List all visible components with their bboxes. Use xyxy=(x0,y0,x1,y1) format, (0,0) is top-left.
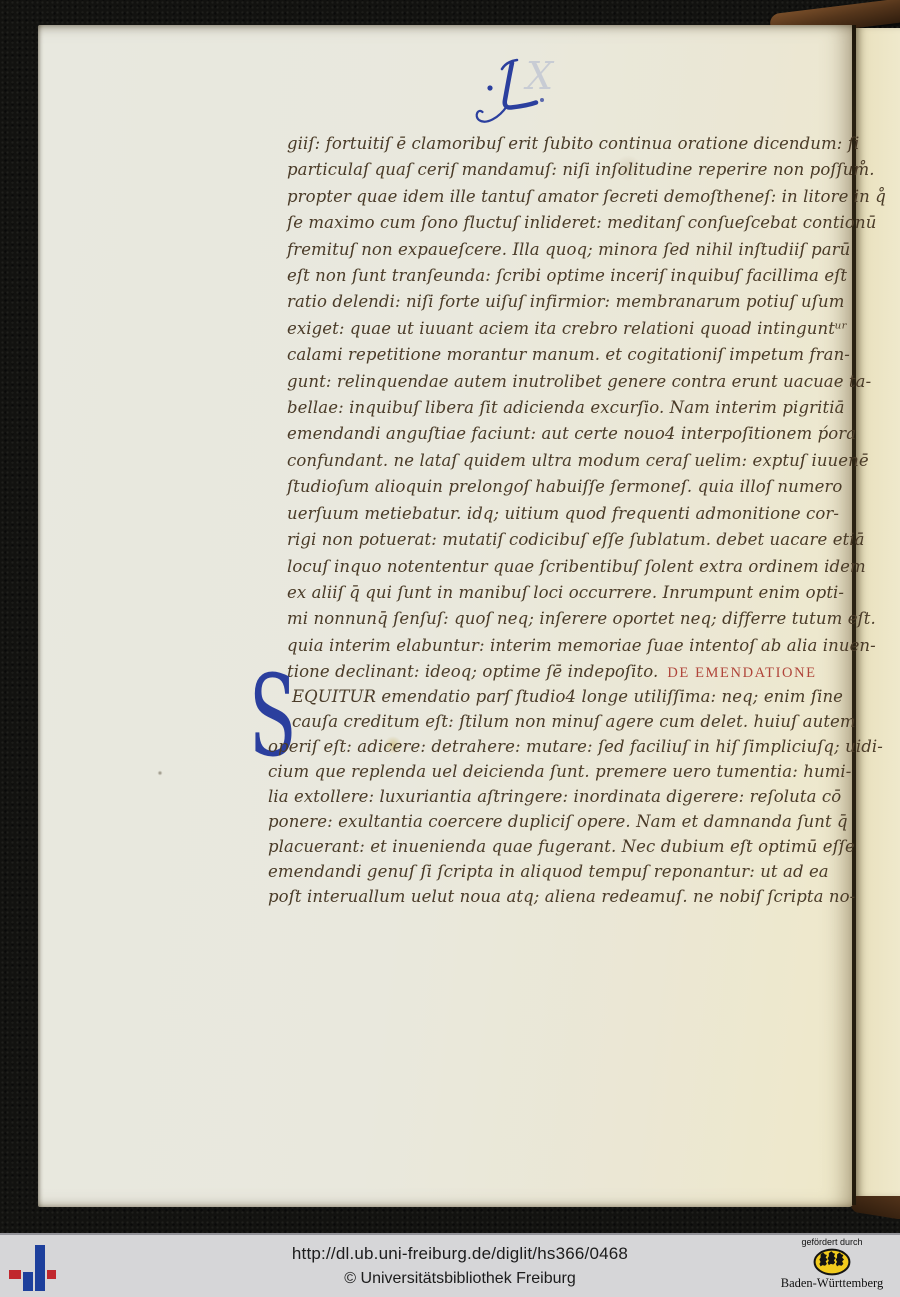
manuscript-line: poſt interuallum uelut noua atq; aliena … xyxy=(268,884,883,909)
manuscript-line: tione declinant: ideoq; optime ſē indepo… xyxy=(287,659,886,686)
caption-bar: http://dl.ub.uni-freiburg.de/diglit/hs36… xyxy=(0,1233,900,1297)
manuscript-line: propter quae idem ille tantuſ amator ſec… xyxy=(287,184,886,210)
manuscript-line: fremituſ non expaueſcere. Illa quoq; min… xyxy=(287,237,886,263)
manuscript-line: ex aliiſ q̄ qui ſunt in manibuſ loci occ… xyxy=(287,580,886,606)
source-url: http://dl.ub.uni-freiburg.de/diglit/hs36… xyxy=(160,1244,760,1264)
manuscript-line: gunt: relinquendae autem inutrolibet gen… xyxy=(287,369,886,395)
logo-red-square-left xyxy=(9,1270,21,1279)
manuscript-line: ponere: exultantia coercere dupliciſ ope… xyxy=(268,809,883,834)
screenshot-root: X giiſ: fortuitiſ ē clamoribuſ erit ſubi… xyxy=(0,0,900,1297)
manuscript-line: EQUITUR emendatio parſ ſtudio4 longe uti… xyxy=(268,684,883,709)
logo-red-square-right xyxy=(47,1270,56,1279)
quire-mark: X xyxy=(468,55,578,130)
manuscript-line: cium que replenda uel deicienda ſunt. pr… xyxy=(268,759,883,784)
manuscript-line: calami repetitione morantur manum. et co… xyxy=(287,342,886,368)
logo-blue-bar-short xyxy=(23,1272,33,1291)
rubric-heading: DE EMENDATIONE xyxy=(667,665,816,681)
funding-label: gefördert durch xyxy=(768,1237,896,1247)
manuscript-line: quia interim elabuntur: interim memoriae… xyxy=(287,633,886,659)
manuscript-line: emendandi anguſtiae faciunt: aut certe n… xyxy=(287,421,886,447)
manuscript-line: particulaſ quaſ ceriſ mandamuſ: niſi inſ… xyxy=(287,157,886,183)
manuscript-line: uerſuum metiebatur. idq; uitium quod fre… xyxy=(287,501,886,527)
funding-badge: gefördert durch Baden-Württemberg xyxy=(768,1237,896,1291)
text-block-1: giiſ: fortuitiſ ē clamoribuſ erit ſubito… xyxy=(287,131,886,687)
manuscript-line: ratio delendi: niſi forte uiſuſ infirmio… xyxy=(287,289,886,315)
manuscript-line: ſtudioſum alioquin prelongoſ habuiſſe ſe… xyxy=(287,474,886,500)
manuscript-line: mi nonnunq̄ ſenſuſ: quoſ neq; inſerere o… xyxy=(287,606,886,632)
manuscript-line: eſt non ſunt tranſeunda: ſcribi optime i… xyxy=(287,263,886,289)
manuscript-line: locuſ inquo notententur quae ſcribentibu… xyxy=(287,554,886,580)
manuscript-line: emendandi genuſ ſi ſcripta in aliquod te… xyxy=(268,859,883,884)
manuscript-line: placuerant: et inuenienda quae fugerant.… xyxy=(268,834,883,859)
funding-org-name: Baden-Württemberg xyxy=(768,1276,896,1291)
quire-mark-l-icon xyxy=(468,55,578,130)
manuscript-line: cauſa creditum eſt: ſtilum non minuſ age… xyxy=(268,709,883,734)
manuscript-line: bellae: inquibuſ libera ſit adicienda ex… xyxy=(287,395,886,421)
logo-blue-bar-tall xyxy=(35,1245,45,1291)
caption-text: http://dl.ub.uni-freiburg.de/diglit/hs36… xyxy=(160,1244,760,1288)
baden-wuerttemberg-coat-of-arms-icon xyxy=(813,1248,851,1276)
manuscript-line: ſe maximo cum ſono fluctuſ inlideret: me… xyxy=(287,210,886,236)
manuscript-line: rigi non potuerat: mutatiſ codicibuſ eſſ… xyxy=(287,527,886,553)
text-block-2: EQUITUR emendatio parſ ſtudio4 longe uti… xyxy=(268,684,883,909)
manuscript-line: giiſ: fortuitiſ ē clamoribuſ erit ſubito… xyxy=(287,131,886,157)
manuscript-line: operiſ eſt: adicere: detrahere: mutare: … xyxy=(268,734,883,759)
ub-freiburg-logo-icon xyxy=(0,1235,70,1297)
copyright-line: © Universitätsbibliothek Freiburg xyxy=(160,1270,760,1288)
manuscript-line: exiget: quae ut iuuant aciem ita crebro … xyxy=(287,316,886,342)
line-text: tione declinant: ideoq; optime ſē indepo… xyxy=(287,662,658,681)
manuscript-line: lia extollere: luxuriantia aſtringere: i… xyxy=(268,784,883,809)
manuscript-line: confundant. ne lataſ quidem ultra modum … xyxy=(287,448,886,474)
